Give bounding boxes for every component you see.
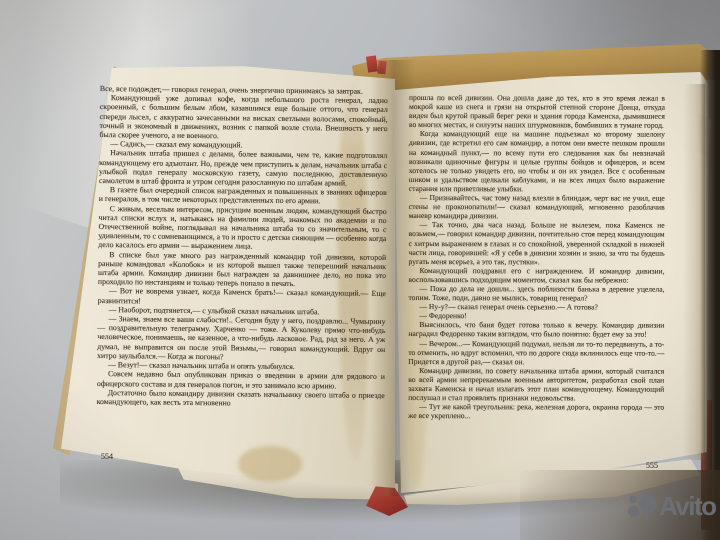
avito-circles-icon: [627, 486, 657, 526]
paragraph: — Вечером...— Командующий подумал, нельз…: [408, 339, 664, 367]
paragraph: Командир дивизии, по совету начальника ш…: [408, 366, 664, 403]
paragraph: — Признавайтесь, час тому назад влезли в…: [409, 193, 665, 221]
avito-watermark: Avito: [627, 486, 716, 526]
book-right-shadow: [700, 50, 720, 540]
paragraph: Начальник штаба пришел с делами, более в…: [99, 148, 387, 188]
left-page-text: Все, все подождет,— говорил генерал, оче…: [97, 84, 388, 409]
paragraph: Достаточно было командиру дивизии сказат…: [97, 388, 385, 409]
paragraph: Командующий поздравил его с награждением…: [409, 266, 665, 285]
paragraph: Когда командующий еще на машине подъезжа…: [409, 129, 665, 193]
right-page-text: прошла по всей дивизии. Она дошла даже д…: [408, 93, 665, 421]
paragraph: — Пока до дела не дошли... здесь поблизо…: [408, 284, 664, 303]
photo-background: Все, все подождет,— говорил генерал, оче…: [0, 0, 720, 540]
page-number-left: 554: [101, 452, 113, 461]
paragraph: Выяснилось, что баня будет готова только…: [408, 320, 664, 339]
avito-label: Avito: [659, 491, 716, 522]
paragraph: В списке был уже много раз награжденный …: [98, 250, 386, 290]
paragraph: — Тут же какой треугольник: река, железн…: [408, 402, 664, 421]
paragraph: прошла по всей дивизии. Она дошла даже д…: [409, 93, 665, 130]
paragraph: — Так точно, два часа назад. Больше не в…: [409, 220, 665, 266]
paragraph: В газете был очередной список награжденн…: [99, 185, 387, 206]
page-stain: [238, 446, 302, 482]
page-number-right: 555: [646, 461, 658, 470]
paragraph: — Знаем, знаем все ваши слабости!.. Сего…: [97, 314, 385, 363]
paragraph: С живым, веселым интересом, присущим вое…: [98, 204, 386, 253]
paragraph: Командующий уже допивал кофе, когда небо…: [99, 93, 387, 142]
